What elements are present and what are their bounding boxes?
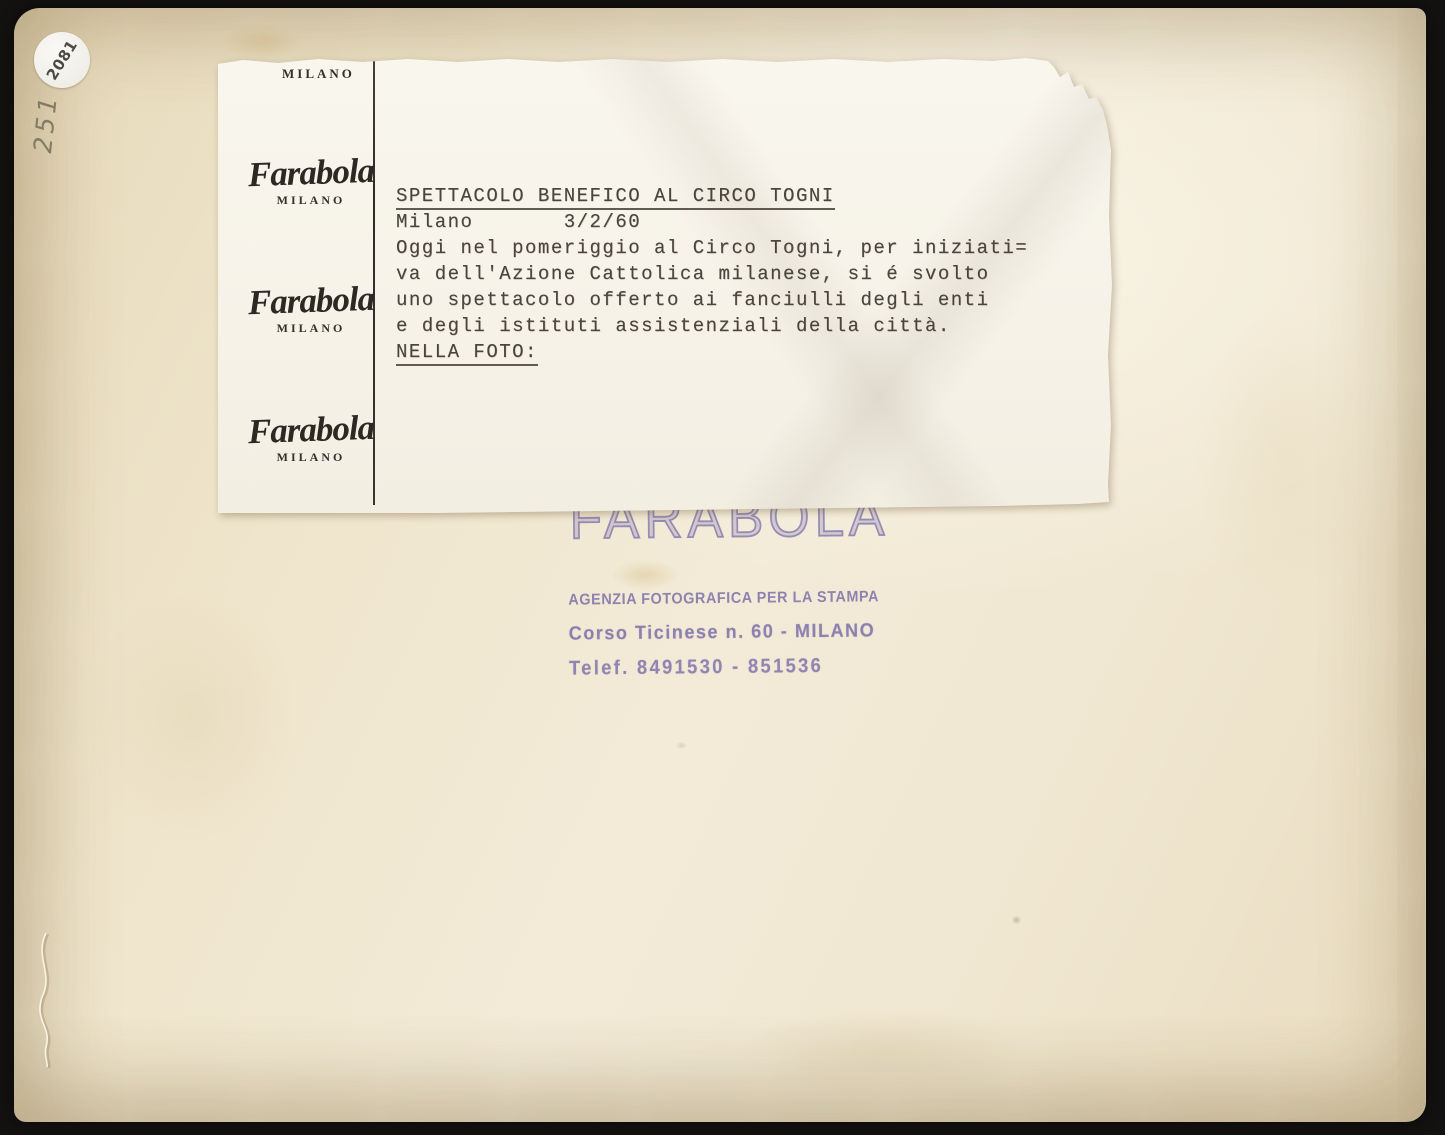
caption-body-line: va dell'Azione Cattolica milanese, si é …	[396, 263, 1028, 289]
farabola-logo-script: Farabola	[235, 411, 386, 448]
caption-body-line: Oggi nel pomeriggio al Circo Togni, per …	[396, 237, 1028, 263]
typewritten-caption: SPETTACOLO BENEFICO AL CIRCO TOGNI Milan…	[396, 185, 1028, 367]
label-top-city: MILANO	[282, 66, 355, 82]
caption-dateline: Milano 3/2/60	[396, 211, 1028, 237]
caption-label-wrap: MILANO Farabola MILANO Farabola MILANO F…	[218, 55, 1113, 513]
photo-verso-scan: FARABOLA AGENZIA FOTOGRAFICA PER LA STAM…	[0, 0, 1445, 1135]
stamp-agency-phone: Telef. 8491530 - 851536	[569, 655, 823, 681]
caption-title: SPETTACOLO BENEFICO AL CIRCO TOGNI	[396, 185, 835, 210]
farabola-logo: Farabola MILANO	[236, 157, 386, 208]
stamp-agency-descriptor: AGENZIA FOTOGRAFICA PER LA STAMPA	[568, 588, 879, 609]
caption-label: MILANO Farabola MILANO Farabola MILANO F…	[218, 55, 1113, 513]
caption-title-line: SPETTACOLO BENEFICO AL CIRCO TOGNI	[396, 185, 1028, 211]
farabola-logo-script: Farabola	[235, 154, 386, 191]
farabola-logo: Farabola MILANO	[236, 414, 386, 465]
caption-photo-ref: NELLA FOTO:	[396, 341, 538, 366]
farabola-logo-city: MILANO	[236, 450, 386, 465]
caption-photo-ref-line: NELLA FOTO:	[396, 341, 1028, 367]
farabola-logo-city: MILANO	[236, 321, 386, 336]
farabola-logo-city: MILANO	[236, 193, 386, 208]
photo-paper-back: FARABOLA AGENZIA FOTOGRAFICA PER LA STAM…	[14, 8, 1426, 1122]
stamp-agency-address: Corso Ticinese n. 60 - MILANO	[569, 620, 876, 645]
farabola-logo: Farabola MILANO	[236, 285, 386, 336]
farabola-logo-script: Farabola	[235, 282, 386, 319]
caption-body-line: e degli istituti assistenziali della cit…	[396, 315, 1028, 341]
caption-body-line: uno spettacolo offerto ai fanciulli degl…	[396, 289, 1028, 315]
